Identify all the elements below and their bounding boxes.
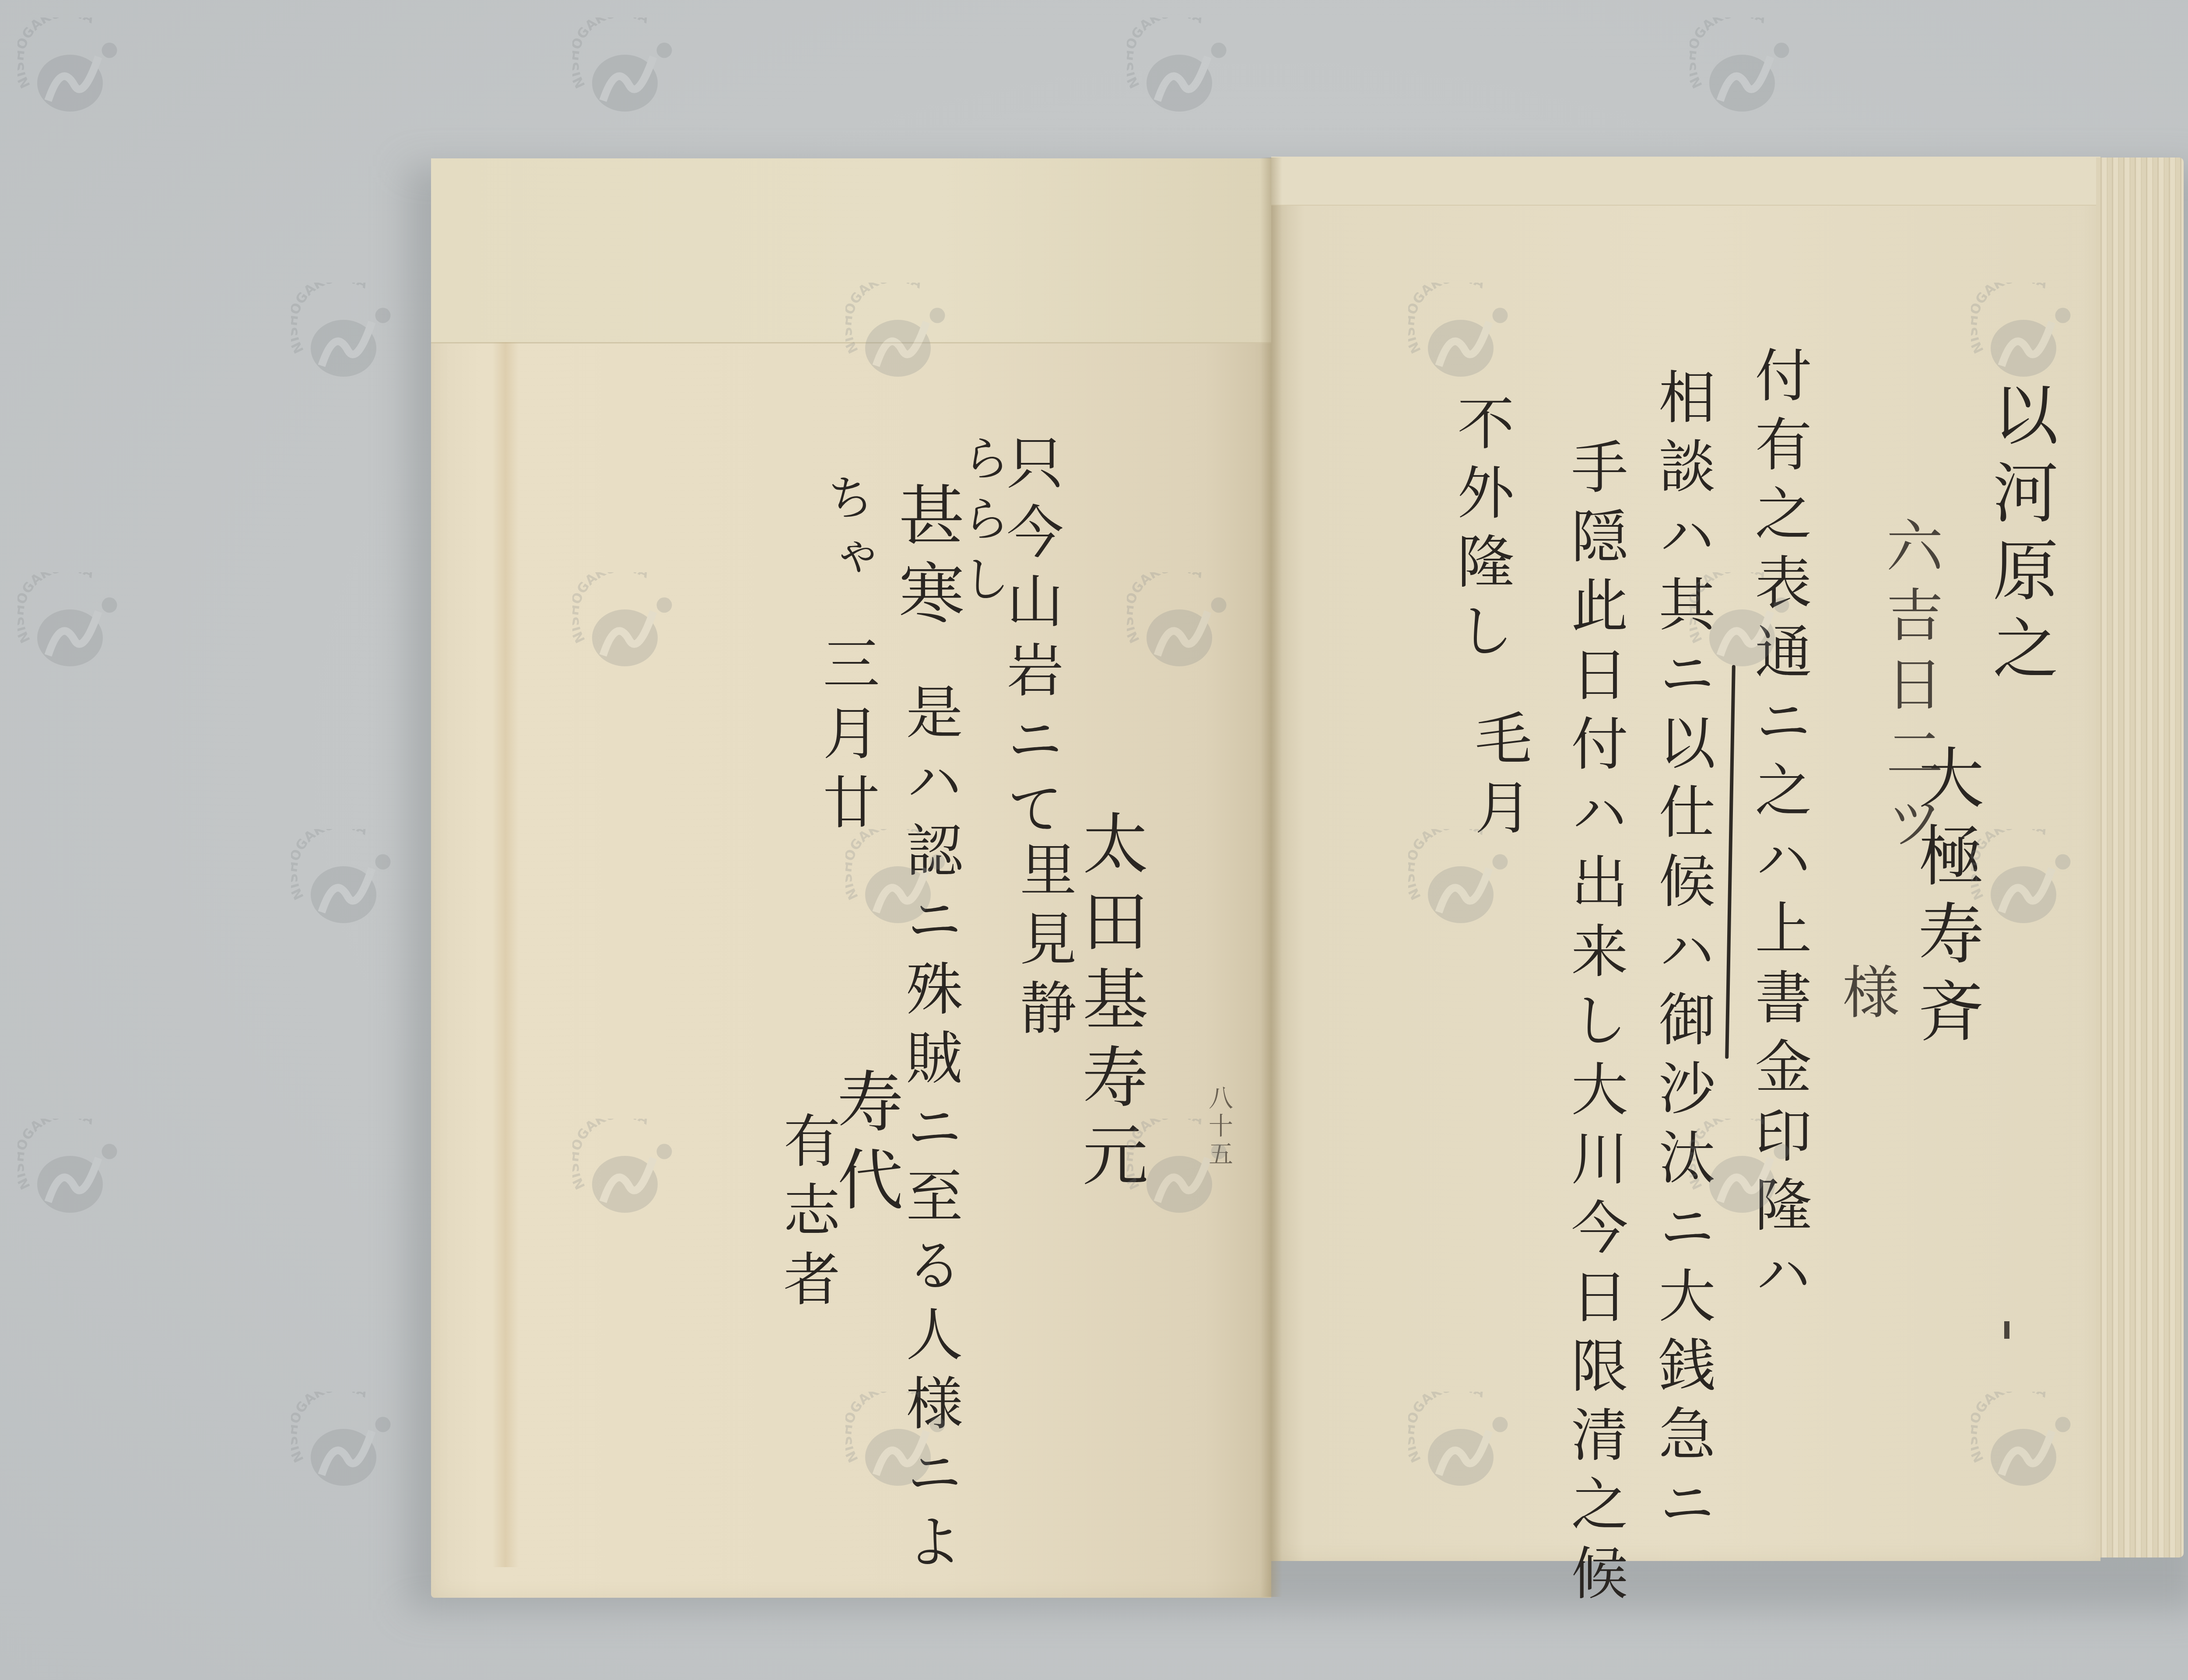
left-col-4: 是ハ認ニ殊賊ニ至る人様ニよ	[901, 682, 958, 1581]
right-col-9: 毛月	[1470, 709, 1527, 847]
right-col-5: 付有之表通ニ之ハ上書金印隆ハ	[1750, 346, 1807, 1313]
right-col-8: 不外隆し	[1453, 394, 1510, 670]
right-col-4: 様	[1838, 962, 1895, 1032]
right-col-6: 相談ハ其ニ以仕候ハ御沙汰ニ大銭急ニ	[1654, 367, 1711, 1543]
left-col-5: ちゃ	[823, 472, 871, 593]
right-col-1: 以河原之	[1987, 381, 2052, 692]
left-col-6: 三月廿	[818, 634, 875, 842]
right-col-3: 大極寿斉	[1912, 744, 1978, 1055]
ink-mark	[2004, 1321, 2009, 1339]
page-number: 八十五	[1201, 1085, 1236, 1169]
open-book: 只今山岩ニて ららし 甚寒 是ハ認ニ殊賊ニ至る人様ニよ ちゃ 三月廿 太田基寿元…	[0, 0, 2188, 1680]
left-col-10: 有志者	[779, 1111, 836, 1319]
left-col-8: 里見静	[1015, 840, 1072, 1047]
left-col-9: 寿代	[831, 1067, 897, 1223]
paper-stain	[492, 342, 519, 1567]
left-col-3: 甚寒	[893, 481, 958, 637]
right-col-7: 手隠此日付ハ出来し大川今日限清之候	[1567, 437, 1623, 1613]
right-page-fold-flap	[1271, 157, 2100, 206]
left-col-1: 只今山岩ニて	[1002, 433, 1059, 848]
left-page-fold-flap	[431, 158, 1271, 343]
left-col-2: ららし	[958, 433, 1006, 614]
book-gutter	[1260, 157, 1282, 1597]
left-col-7: 太田基寿元	[1076, 809, 1142, 1199]
page-stack-edges	[2096, 157, 2184, 1557]
